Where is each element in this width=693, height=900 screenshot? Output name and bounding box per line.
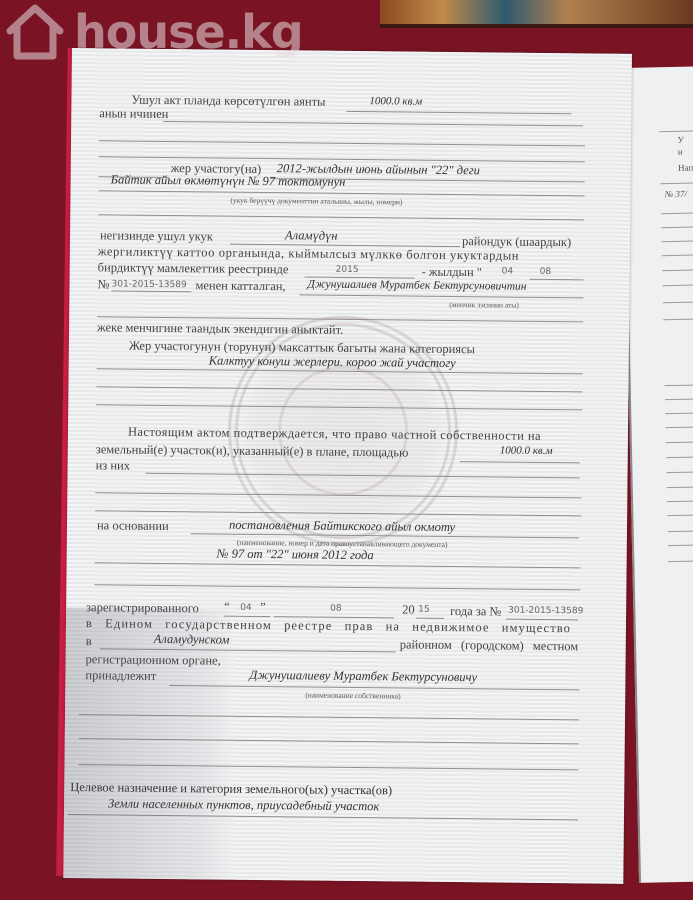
basis-text-2: Байтик айыл өкмөтүнүн № 97 токтомунун xyxy=(111,172,346,189)
registered-day-ru: 04 xyxy=(240,603,252,613)
purpose-value-ru: Земли населенных пунктов, приусадебный у… xyxy=(108,796,379,814)
of-them-label-ru: из них xyxy=(96,458,131,473)
registered-no-ru: 301-2015-13589 xyxy=(508,606,583,617)
registry-day-kg: 04 xyxy=(502,267,514,277)
region-value-kg: Аламүдүн xyxy=(285,228,338,244)
registered-no-label-ru: года за № xyxy=(450,604,501,620)
registry-no-kg: 301-2015-13589 xyxy=(111,279,186,290)
basis-caption-kg: (укук берүүчү документтин аталышы, жылы,… xyxy=(230,196,402,207)
basis-label-ru: на основании xyxy=(97,518,169,534)
registered-label-ru: зарегистрированного xyxy=(86,600,199,616)
region-prefix-kg: негизинде ушул укук xyxy=(100,228,213,244)
belongs-label-ru: принадлежит xyxy=(85,668,156,684)
owner-value-ru: Джунушалиеву Муратбек Бектурсуновичу xyxy=(249,668,477,685)
right-page-fragment: Нап xyxy=(678,163,693,173)
owner-caption-ru: (наименование собственника) xyxy=(305,690,401,700)
area-value-ru: 1000.0 кв.м xyxy=(500,445,553,458)
confirm-line-2: земельный(е) участок(и), указанный(е) в … xyxy=(96,442,409,460)
organ-label-ru: регистрационном органе, xyxy=(86,652,221,668)
registered-month-ru: 08 xyxy=(330,604,342,614)
registry-year-kg: 2015 xyxy=(336,265,359,275)
area-value-kg: 1000.0 кв.м xyxy=(369,95,422,108)
confirm-line-1: Настоящим актом подтверждается, что прав… xyxy=(128,425,541,444)
right-page-fragment: У xyxy=(677,135,684,145)
in-label-ru: в xyxy=(86,634,92,649)
house-icon xyxy=(4,3,66,61)
district-suffix-ru: районном (городском) местном xyxy=(400,637,579,654)
right-page-fragment: н xyxy=(678,147,683,157)
registered-year-prefix-ru: 20 xyxy=(402,602,415,617)
registered-year-suffix-ru: 15 xyxy=(418,605,430,615)
purpose-value-kg: Калктуу конуш жерлери. короо жай участог… xyxy=(209,353,456,371)
background-carpet xyxy=(380,0,693,28)
of-which-label-kg: анын ичинен xyxy=(99,106,168,122)
registry-month-kg: 08 xyxy=(540,267,552,277)
registry-year-suffix-kg: - жылдын " xyxy=(422,265,482,281)
watermark-text: house.kg xyxy=(74,5,303,59)
owner-name-kg: Джунушалиев Муратбек Бектурсуновичтин xyxy=(307,278,526,292)
registry-no-prefix-kg: № xyxy=(97,277,109,292)
district-value-ru: Аламудунском xyxy=(154,632,230,648)
registered-text-kg: менен катталган, xyxy=(195,278,285,294)
ownership-text-kg: жеке менчигине таандык экендигин аныктай… xyxy=(97,320,343,338)
owner-caption-kg: (менчик ээсинин аты) xyxy=(449,300,519,310)
registry-prefix-kg: бирдиктүү мамлекеттик реестринде xyxy=(98,260,289,277)
right-page: У н Нап № 37/ xyxy=(622,67,693,883)
house-kg-watermark: house.kg xyxy=(4,2,303,62)
basis-value-ru-2: № 97 от "22" июня 2012 года xyxy=(217,547,374,564)
basis-value-ru: постановления Байтикского айыл окмоту xyxy=(229,518,455,535)
certificate-page: Ушул акт планда көрсөтүлгөн аянты 1000.0… xyxy=(63,48,632,884)
right-page-number: № 37/ xyxy=(665,189,687,199)
